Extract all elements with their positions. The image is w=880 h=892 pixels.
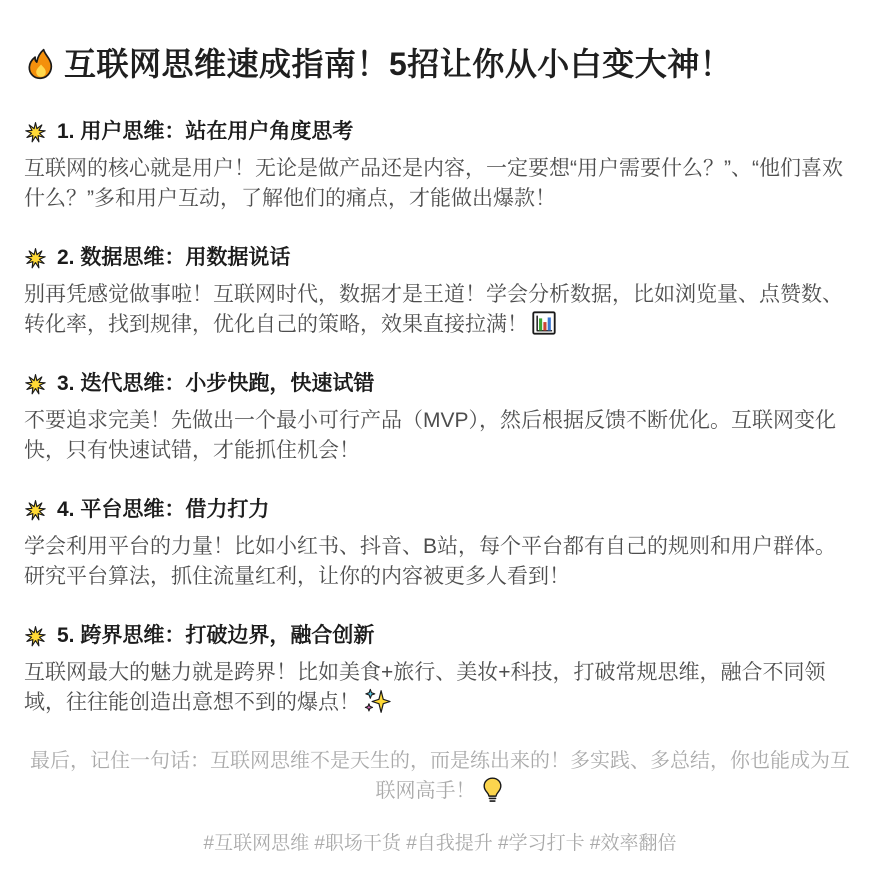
hashtags-line: #互联网思维 #职场干货 #自我提升 #学习打卡 #效率翻倍 (24, 832, 856, 856)
section-iteration-thinking: 3. 迭代思维：小步快跑，快速试错 不要追求完美！先做出一个最小可行产品（MVP… (24, 370, 856, 466)
section-heading-text: 4. 平台思维：借力打力 (57, 496, 269, 524)
section-platform-thinking: 4. 平台思维：借力打力 学会利用平台的力量！比如小红书、抖音、B站，每个平台都… (24, 496, 856, 592)
section-body: 学会利用平台的力量！比如小红书、抖音、B站，每个平台都有自己的规则和用户群体。研… (24, 532, 856, 592)
section-heading: 5. 跨界思维：打破边界，融合创新 (24, 622, 856, 650)
page-title-text: 互联网思维速成指南！5招让你从小白变大神！ (64, 44, 732, 84)
section-body: 不要追求完美！先做出一个最小可行产品（MVP），然后根据反馈不断优化。互联网变化… (24, 406, 856, 466)
section-body-text: 互联网的核心就是用户！无论是做产品还是内容，一定要想“用户需要什么？”、“他们喜… (24, 157, 843, 210)
section-body-text: 学会利用平台的力量！比如小红书、抖音、B站，每个平台都有自己的规则和用户群体。研… (24, 535, 836, 588)
section-body: 别再凭感觉做事啦！互联网时代，数据才是王道！学会分析数据，比如浏览量、点赞数、转… (24, 280, 856, 340)
section-user-thinking: 1. 用户思维：站在用户角度思考 互联网的核心就是用户！无论是做产品还是内容，一… (24, 118, 856, 214)
article-page: 互联网思维速成指南！5招让你从小白变大神！ 1. 用户思维：站在用户角度思考 互… (0, 0, 880, 892)
section-heading: 3. 迭代思维：小步快跑，快速试错 (24, 370, 856, 398)
section-crossover-thinking: 5. 跨界思维：打破边界，融合创新 互联网最大的魅力就是跨界！比如美食+旅行、美… (24, 622, 856, 718)
bar-chart-icon (532, 311, 556, 335)
starburst-icon (24, 121, 47, 144)
section-heading: 1. 用户思维：站在用户角度思考 (24, 118, 856, 146)
section-body-text: 别再凭感觉做事啦！互联网时代，数据才是王道！学会分析数据，比如浏览量、点赞数、转… (24, 283, 843, 336)
section-body: 互联网最大的魅力就是跨界！比如美食+旅行、美妆+科技，打破常规思维，融合不同领域… (24, 658, 856, 718)
starburst-icon (24, 625, 47, 648)
footer-note-text: 最后，记住一句话：互联网思维不是天生的，而是练出来的！多实践、多总结，你也能成为… (30, 750, 850, 802)
starburst-icon (24, 499, 47, 522)
starburst-icon (24, 247, 47, 270)
section-body-text: 互联网最大的魅力就是跨界！比如美食+旅行、美妆+科技，打破常规思维，融合不同领域… (24, 661, 826, 714)
section-heading: 4. 平台思维：借力打力 (24, 496, 856, 524)
sparkles-icon (364, 688, 391, 715)
section-heading-text: 1. 用户思维：站在用户角度思考 (57, 118, 353, 146)
section-heading-text: 2. 数据思维：用数据说话 (57, 244, 290, 272)
starburst-icon (24, 373, 47, 396)
section-heading: 2. 数据思维：用数据说话 (24, 244, 856, 272)
section-heading-text: 3. 迭代思维：小步快跑，快速试错 (57, 370, 374, 398)
footer-note: 最后，记住一句话：互联网思维不是天生的，而是练出来的！多实践、多总结，你也能成为… (24, 746, 856, 806)
section-body-text: 不要追求完美！先做出一个最小可行产品（MVP），然后根据反馈不断优化。互联网变化… (24, 409, 836, 462)
section-heading-text: 5. 跨界思维：打破边界，融合创新 (57, 622, 374, 650)
section-body: 互联网的核心就是用户！无论是做产品还是内容，一定要想“用户需要什么？”、“他们喜… (24, 154, 856, 214)
page-title: 互联网思维速成指南！5招让你从小白变大神！ (24, 44, 856, 84)
section-data-thinking: 2. 数据思维：用数据说话 别再凭感觉做事啦！互联网时代，数据才是王道！学会分析… (24, 244, 856, 340)
fire-icon (24, 47, 58, 81)
